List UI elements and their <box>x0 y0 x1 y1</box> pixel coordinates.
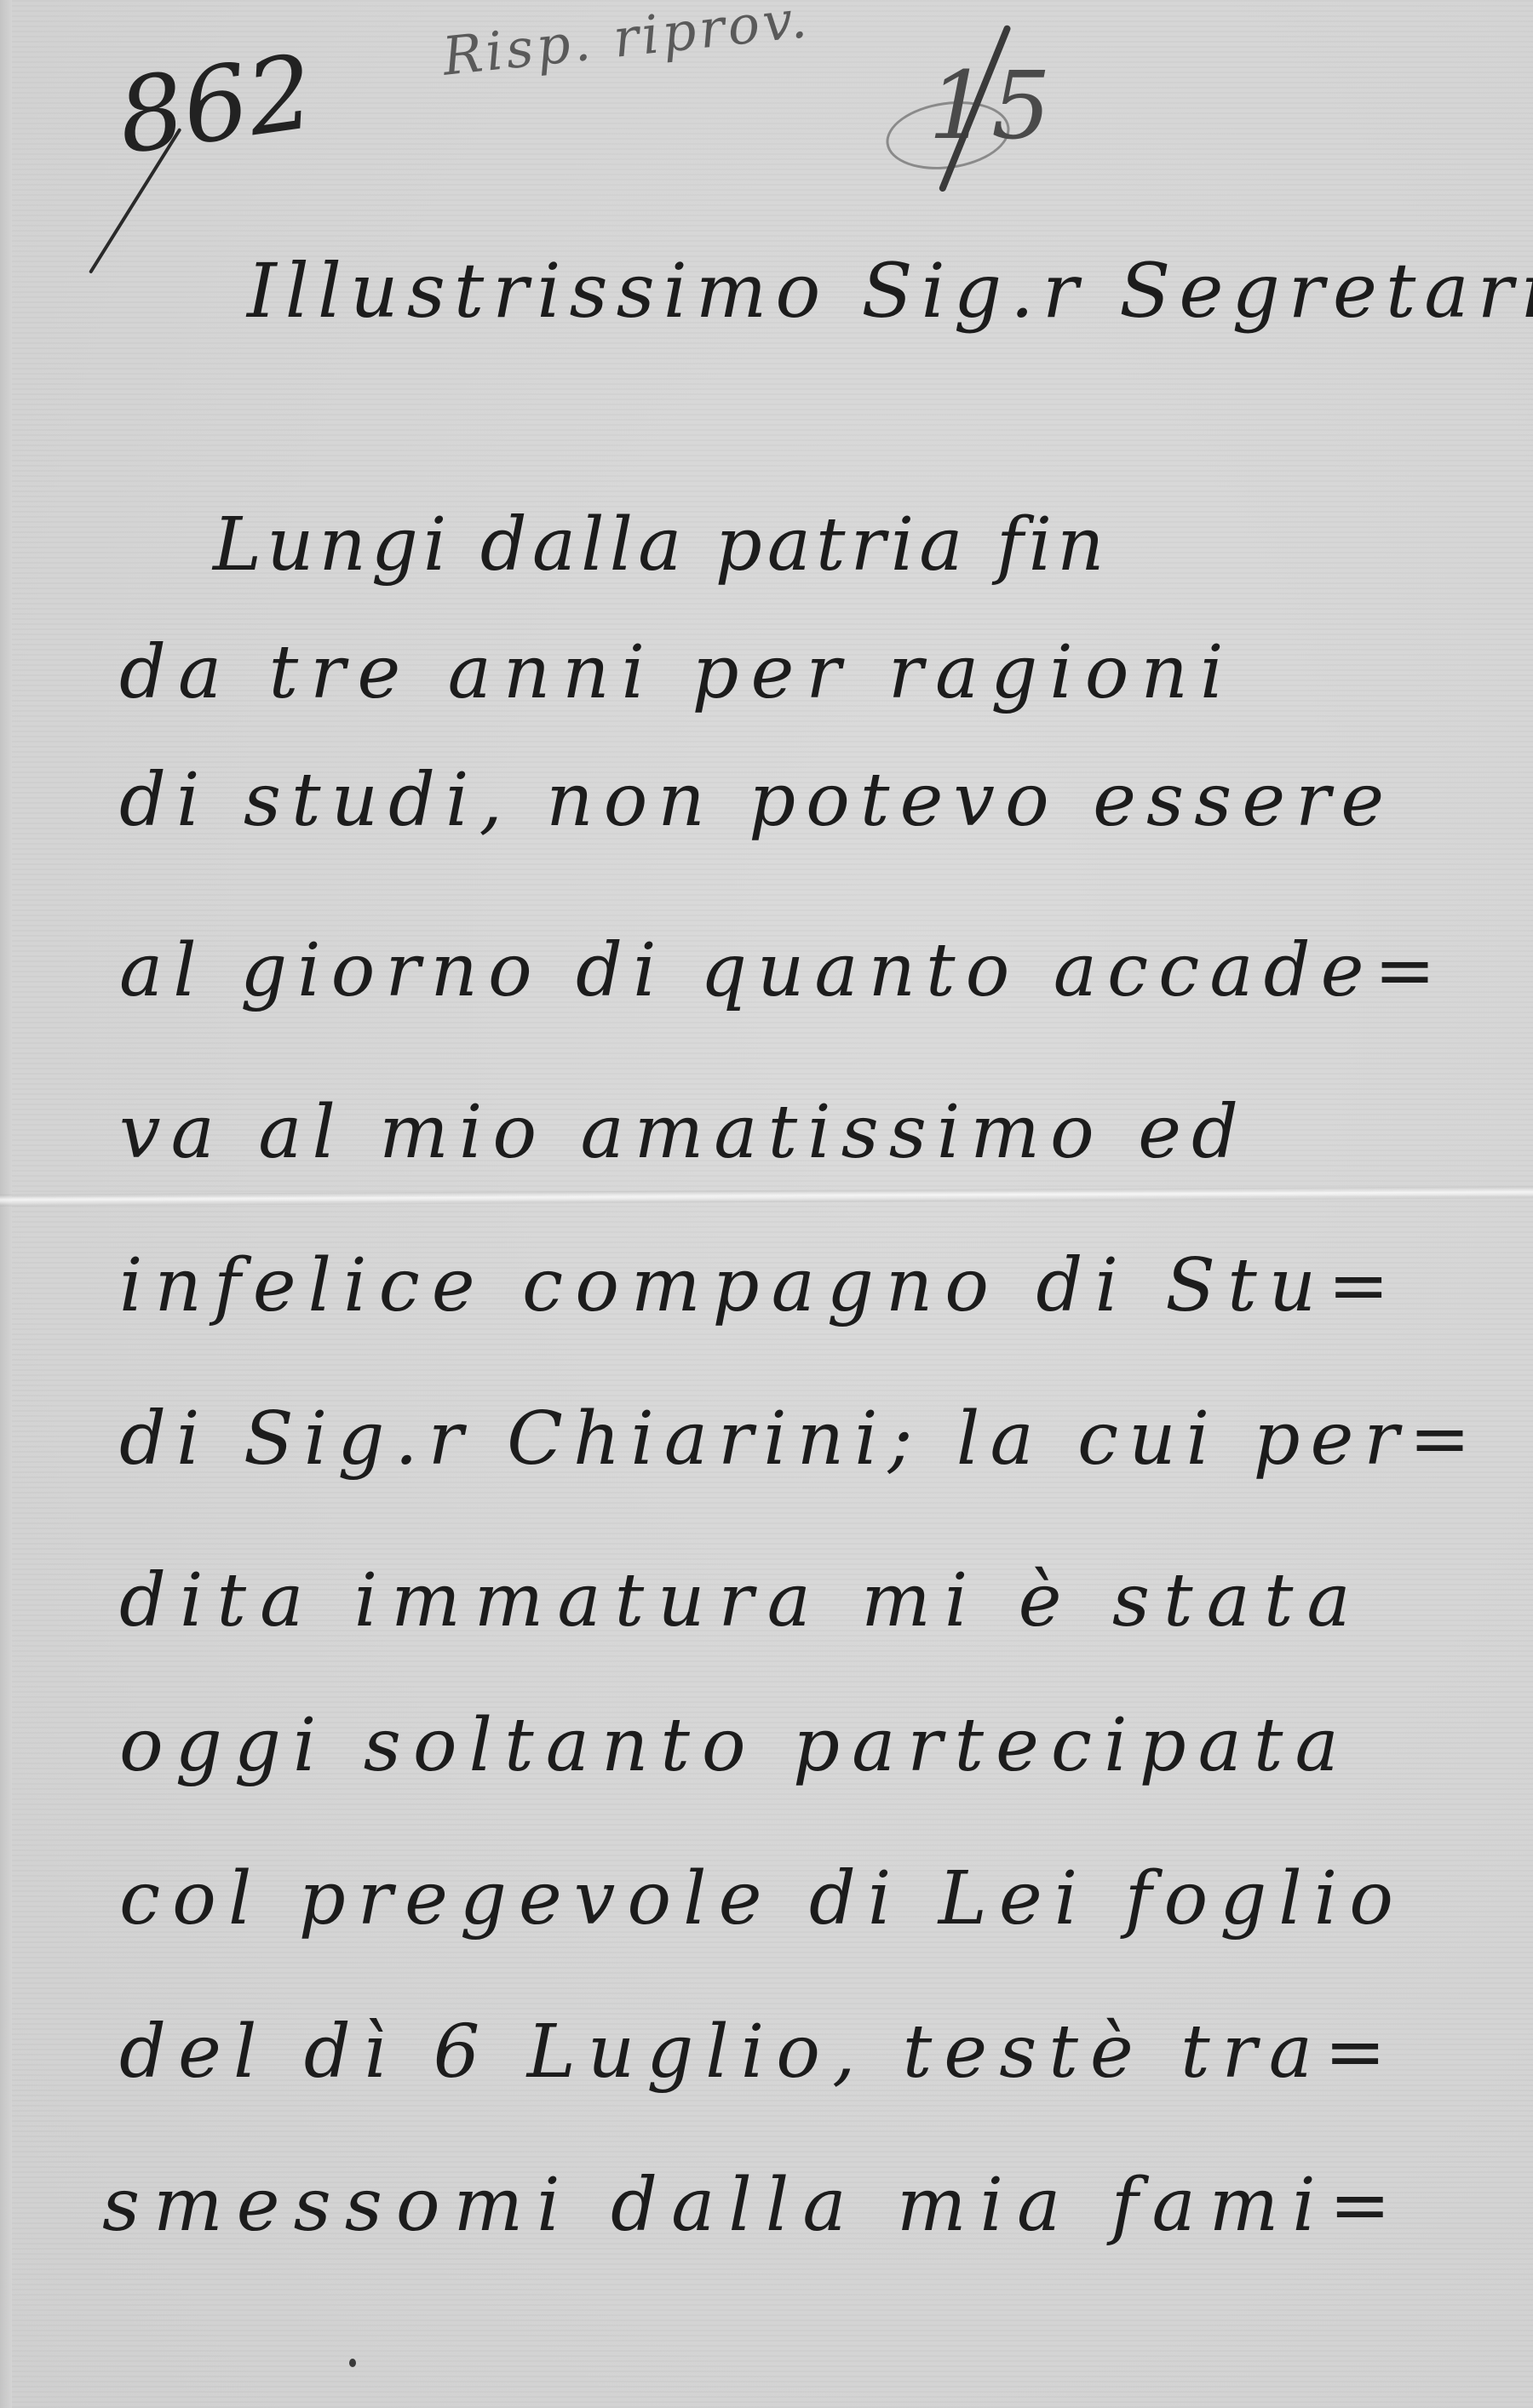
ink-speck <box>349 2359 356 2367</box>
letter-line: dita immatura mi è stata <box>119 1558 1364 1643</box>
letter-line: al giorno di quanto accade= <box>119 928 1446 1013</box>
letter-line: Lungi dalla patria fin <box>213 502 1110 588</box>
letter-line: infelice compagno di Stu= <box>119 1243 1401 1328</box>
letter-line: di Sig.r Chiarini; la cui per= <box>119 1396 1481 1482</box>
letter-line: smessomi dalla mia fami= <box>102 2163 1404 2248</box>
letter-line: di studi, non potevo essere <box>119 758 1394 843</box>
letter-line: del dì 6 Luglio, testè tra= <box>119 2010 1398 2095</box>
letter-salutation: Illustrissimo Sig.r Segretario, <box>247 247 1533 335</box>
letter-line: va al mio amatissimo ed <box>119 1090 1249 1175</box>
letter-line: col pregevole di Lei foglio <box>119 1856 1405 1941</box>
letter-line: da tre anni per ragioni <box>119 630 1235 715</box>
letter-line: oggi soltanto partecipata <box>119 1703 1351 1788</box>
